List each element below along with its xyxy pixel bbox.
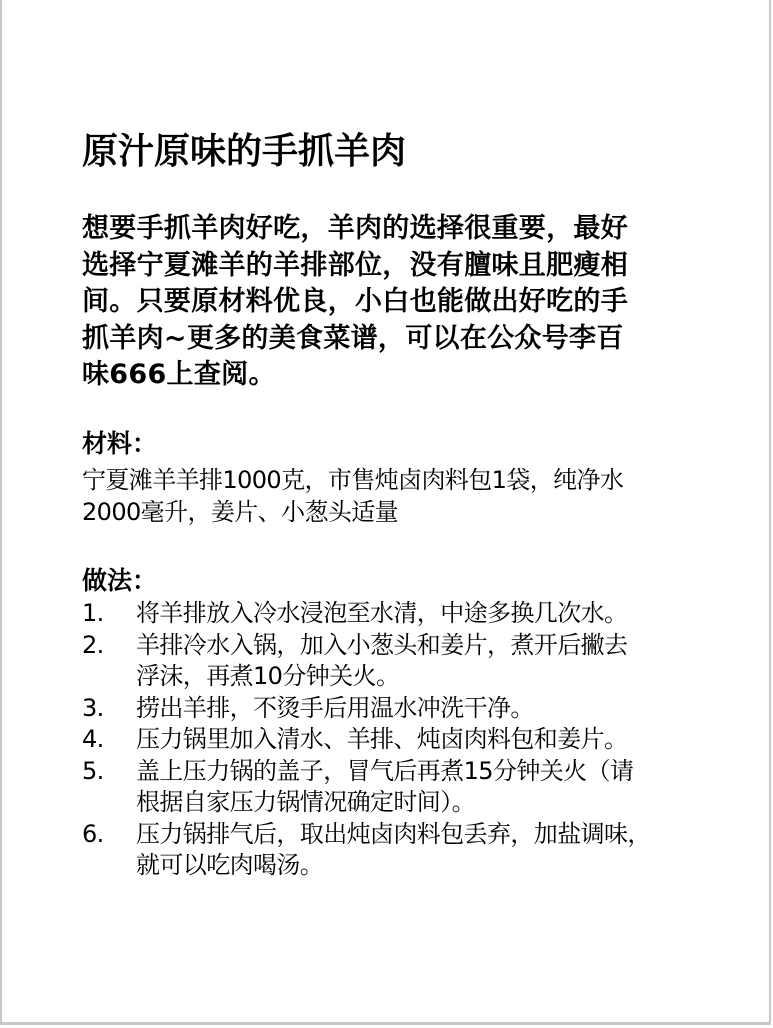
step-item: 2. 羊排冷水入锅，加入小葱头和姜片，煮开后撇去 浮沫，再煮10分钟关火。 — [82, 630, 722, 693]
step-item: 3. 捞出羊排，不烫手后用温水冲洗干净。 — [82, 693, 722, 725]
method-heading: 做法： — [82, 565, 157, 597]
step-line: 盖上压力锅的盖子，冒气后再煮15分钟关火（请 — [136, 756, 722, 788]
step-text: 压力锅排气后，取出炖卤肉料包丢弃，加盐调味， 就可以吃肉喝汤。 — [136, 819, 722, 882]
step-line: 羊排冷水入锅，加入小葱头和姜片，煮开后撇去 — [136, 630, 722, 662]
step-text: 将羊排放入冷水浸泡至水清，中途多换几次水。 — [136, 598, 722, 630]
step-item: 1. 将羊排放入冷水浸泡至水清，中途多换几次水。 — [82, 598, 722, 630]
step-text: 压力锅里加入清水、羊排、炖卤肉料包和姜片。 — [136, 724, 722, 756]
recipe-title: 原汁原味的手抓羊肉 — [82, 128, 406, 176]
step-line: 捞出羊排，不烫手后用温水冲洗干净。 — [136, 693, 722, 725]
step-number: 6. — [82, 819, 136, 882]
step-text: 捞出羊排，不烫手后用温水冲洗干净。 — [136, 693, 722, 725]
recipe-intro: 想要手抓羊肉好吃，羊肉的选择很重要，最好 选择宁夏滩羊的羊排部位，没有膻味且肥瘦… — [82, 211, 702, 394]
step-item: 5. 盖上压力锅的盖子，冒气后再煮15分钟关火（请 根据自家压力锅情况确定时间）… — [82, 756, 722, 819]
step-number: 1. — [82, 598, 136, 630]
step-line: 浮沫，再煮10分钟关火。 — [136, 661, 722, 693]
step-number: 3. — [82, 693, 136, 725]
step-number: 2. — [82, 630, 136, 693]
step-line: 压力锅里加入清水、羊排、炖卤肉料包和姜片。 — [136, 724, 722, 756]
step-item: 4. 压力锅里加入清水、羊排、炖卤肉料包和姜片。 — [82, 724, 722, 756]
materials-line: 宁夏滩羊羊排1000克，市售炖卤肉料包1袋，纯净水 — [82, 464, 722, 496]
step-number: 5. — [82, 756, 136, 819]
intro-line: 选择宁夏滩羊的羊排部位，没有膻味且肥瘦相 — [82, 248, 702, 285]
materials-heading: 材料： — [82, 428, 157, 460]
recipe-page: 原汁原味的手抓羊肉 想要手抓羊肉好吃，羊肉的选择很重要，最好 选择宁夏滩羊的羊排… — [0, 0, 771, 1025]
step-item: 6. 压力锅排气后，取出炖卤肉料包丢弃，加盐调味， 就可以吃肉喝汤。 — [82, 819, 722, 882]
step-line: 根据自家压力锅情况确定时间）。 — [136, 787, 722, 819]
method-steps: 1. 将羊排放入冷水浸泡至水清，中途多换几次水。 2. 羊排冷水入锅，加入小葱头… — [82, 598, 722, 882]
step-number: 4. — [82, 724, 136, 756]
intro-line: 味666上查阅。 — [82, 357, 702, 394]
step-line: 就可以吃肉喝汤。 — [136, 850, 722, 882]
intro-line: 间。只要原材料优良，小白也能做出好吃的手 — [82, 284, 702, 321]
step-line: 将羊排放入冷水浸泡至水清，中途多换几次水。 — [136, 598, 722, 630]
step-text: 羊排冷水入锅，加入小葱头和姜片，煮开后撇去 浮沫，再煮10分钟关火。 — [136, 630, 722, 693]
materials-line: 2000毫升，姜片、小葱头适量 — [82, 496, 722, 528]
intro-line: 想要手抓羊肉好吃，羊肉的选择很重要，最好 — [82, 211, 702, 248]
step-text: 盖上压力锅的盖子，冒气后再煮15分钟关火（请 根据自家压力锅情况确定时间）。 — [136, 756, 722, 819]
intro-line: 抓羊肉~更多的美食菜谱，可以在公众号李百 — [82, 321, 702, 358]
materials-text: 宁夏滩羊羊排1000克，市售炖卤肉料包1袋，纯净水 2000毫升，姜片、小葱头适… — [82, 464, 722, 528]
step-line: 压力锅排气后，取出炖卤肉料包丢弃，加盐调味， — [136, 819, 722, 851]
